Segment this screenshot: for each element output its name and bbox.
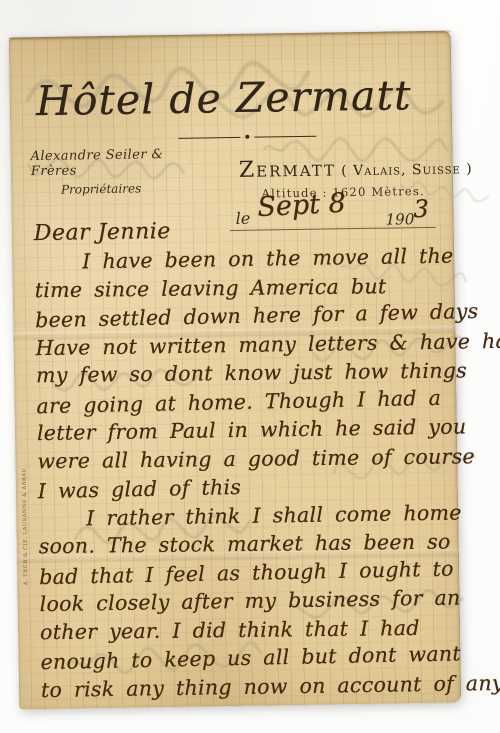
title-rule-divider (178, 134, 316, 140)
rule-line (178, 136, 240, 138)
location-region: ( Valais, Suisse ) (341, 161, 473, 179)
rule-dot (245, 135, 249, 139)
hotel-title: Hôtel de Zermatt (9, 71, 438, 126)
proprietors-role: Propriétaires (31, 181, 171, 197)
proprietors-block: Alexandre Seiler & Frères Propriétaires (31, 147, 172, 197)
letter-paper: Hôtel de Zermatt Alexandre Seiler & Frèr… (9, 31, 462, 710)
scan-background: Hôtel de Zermatt Alexandre Seiler & Frèr… (0, 0, 500, 733)
proprietors-name: Alexandre Seiler & Frères (31, 147, 171, 179)
location-line: Zermatt ( Valais, Suisse ) (239, 155, 447, 183)
location-name: Zermatt (239, 156, 337, 183)
rule-line (254, 135, 316, 137)
letter-body: Dear Jennie I have been on the move all … (34, 215, 454, 706)
